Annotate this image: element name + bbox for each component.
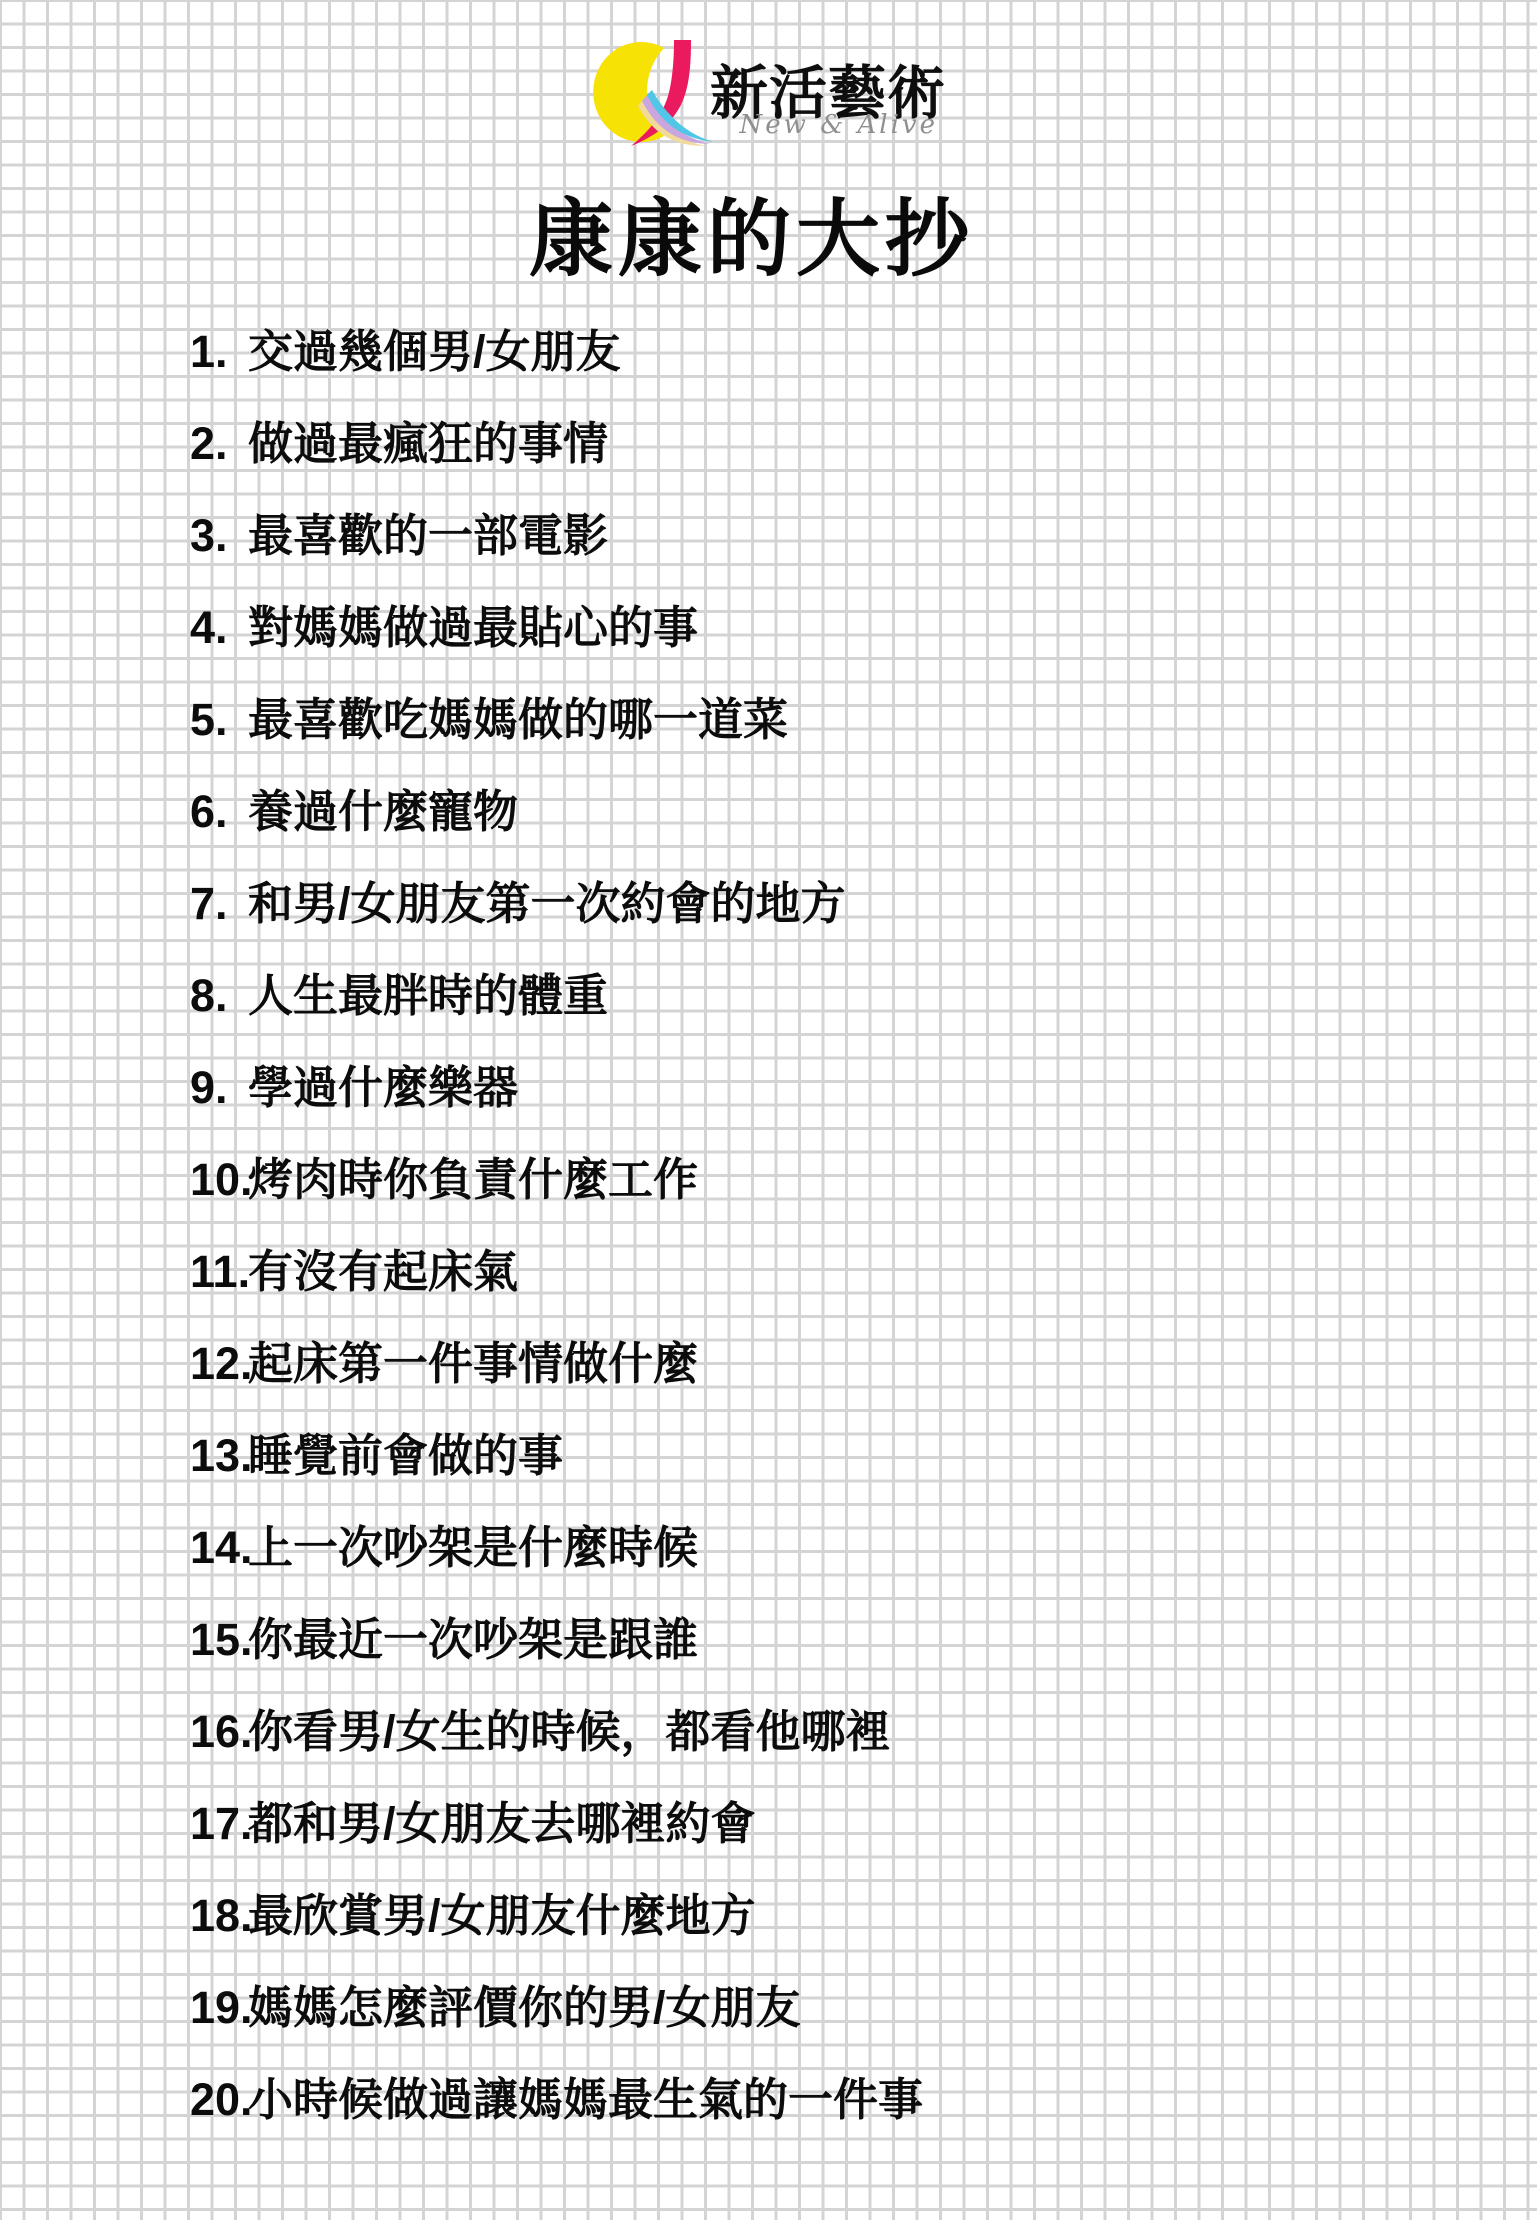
page-title: 康康的大抄 — [0, 172, 1520, 293]
question-number: 19. — [190, 1983, 248, 2033]
question-number: 1. — [190, 327, 248, 377]
brand-logo: 新活藝術 New & Alive — [578, 38, 958, 158]
brand-logo-icon — [578, 40, 730, 146]
question-text: 做過最瘋狂的事情 — [248, 419, 608, 469]
question-item: 5. 最喜歡吃媽媽做的哪一道菜 — [190, 674, 1430, 766]
question-number: 11. — [190, 1247, 248, 1297]
question-item: 9. 學過什麼樂器 — [190, 1042, 1430, 1134]
question-number: 18. — [190, 1891, 248, 1941]
question-item: 2. 做過最瘋狂的事情 — [190, 398, 1430, 490]
question-text: 起床第一件事情做什麼 — [248, 1339, 698, 1389]
question-number: 2. — [190, 419, 248, 469]
question-number: 3. — [190, 511, 248, 561]
question-item: 12. 起床第一件事情做什麼 — [190, 1318, 1430, 1410]
question-text: 養過什麼寵物 — [248, 787, 518, 837]
question-item: 11. 有沒有起床氣 — [190, 1226, 1430, 1318]
question-text: 最喜歡的一部電影 — [248, 511, 608, 561]
question-number: 8. — [190, 971, 248, 1021]
question-item: 18. 最欣賞男/女朋友什麼地方 — [190, 1870, 1430, 1962]
question-text: 你看男/女生的時候，都看他哪裡 — [248, 1707, 891, 1757]
question-text: 對媽媽做過最貼心的事 — [248, 603, 698, 653]
question-item: 8. 人生最胖時的體重 — [190, 950, 1430, 1042]
question-number: 15. — [190, 1615, 248, 1665]
question-list: 1. 交過幾個男/女朋友 2. 做過最瘋狂的事情 3. 最喜歡的一部電影 4. … — [190, 306, 1430, 2146]
question-text: 烤肉時你負責什麼工作 — [248, 1155, 698, 1205]
question-item: 19. 媽媽怎麼評價你的男/女朋友 — [190, 1962, 1430, 2054]
worksheet-page: { "page": { "background": { "style": "gr… — [0, 0, 1537, 2220]
brand-subtitle: New & Alive — [710, 110, 938, 140]
question-item: 1. 交過幾個男/女朋友 — [190, 306, 1430, 398]
question-text: 有沒有起床氣 — [248, 1247, 518, 1297]
question-number: 6. — [190, 787, 248, 837]
question-item: 3. 最喜歡的一部電影 — [190, 490, 1430, 582]
question-text: 你最近一次吵架是跟誰 — [248, 1615, 698, 1665]
question-text: 人生最胖時的體重 — [248, 971, 608, 1021]
question-number: 16. — [190, 1707, 248, 1757]
question-item: 17. 都和男/女朋友去哪裡約會 — [190, 1778, 1430, 1870]
question-number: 12. — [190, 1339, 248, 1389]
question-text: 小時候做過讓媽媽最生氣的一件事 — [248, 2075, 923, 2125]
question-item: 10. 烤肉時你負責什麼工作 — [190, 1134, 1430, 1226]
question-number: 17. — [190, 1799, 248, 1849]
question-text: 媽媽怎麼評價你的男/女朋友 — [248, 1983, 801, 2033]
question-text: 睡覺前會做的事 — [248, 1431, 563, 1481]
question-item: 7. 和男/女朋友第一次約會的地方 — [190, 858, 1430, 950]
question-number: 14. — [190, 1523, 248, 1573]
question-number: 7. — [190, 879, 248, 929]
question-item: 20. 小時候做過讓媽媽最生氣的一件事 — [190, 2054, 1430, 2146]
question-number: 13. — [190, 1431, 248, 1481]
question-number: 20. — [190, 2075, 248, 2125]
question-item: 16. 你看男/女生的時候，都看他哪裡 — [190, 1686, 1430, 1778]
question-text: 都和男/女朋友去哪裡約會 — [248, 1799, 756, 1849]
question-item: 4. 對媽媽做過最貼心的事 — [190, 582, 1430, 674]
question-item: 15. 你最近一次吵架是跟誰 — [190, 1594, 1430, 1686]
question-text: 最喜歡吃媽媽做的哪一道菜 — [248, 695, 788, 745]
question-text: 和男/女朋友第一次約會的地方 — [248, 879, 846, 929]
question-number: 10. — [190, 1155, 248, 1205]
question-item: 14. 上一次吵架是什麼時候 — [190, 1502, 1430, 1594]
question-text: 最欣賞男/女朋友什麼地方 — [248, 1891, 756, 1941]
question-text: 交過幾個男/女朋友 — [248, 327, 621, 377]
question-item: 6. 養過什麼寵物 — [190, 766, 1430, 858]
question-text: 上一次吵架是什麼時候 — [248, 1523, 698, 1573]
question-text: 學過什麼樂器 — [248, 1063, 518, 1113]
question-number: 9. — [190, 1063, 248, 1113]
question-number: 5. — [190, 695, 248, 745]
question-number: 4. — [190, 603, 248, 653]
question-item: 13. 睡覺前會做的事 — [190, 1410, 1430, 1502]
